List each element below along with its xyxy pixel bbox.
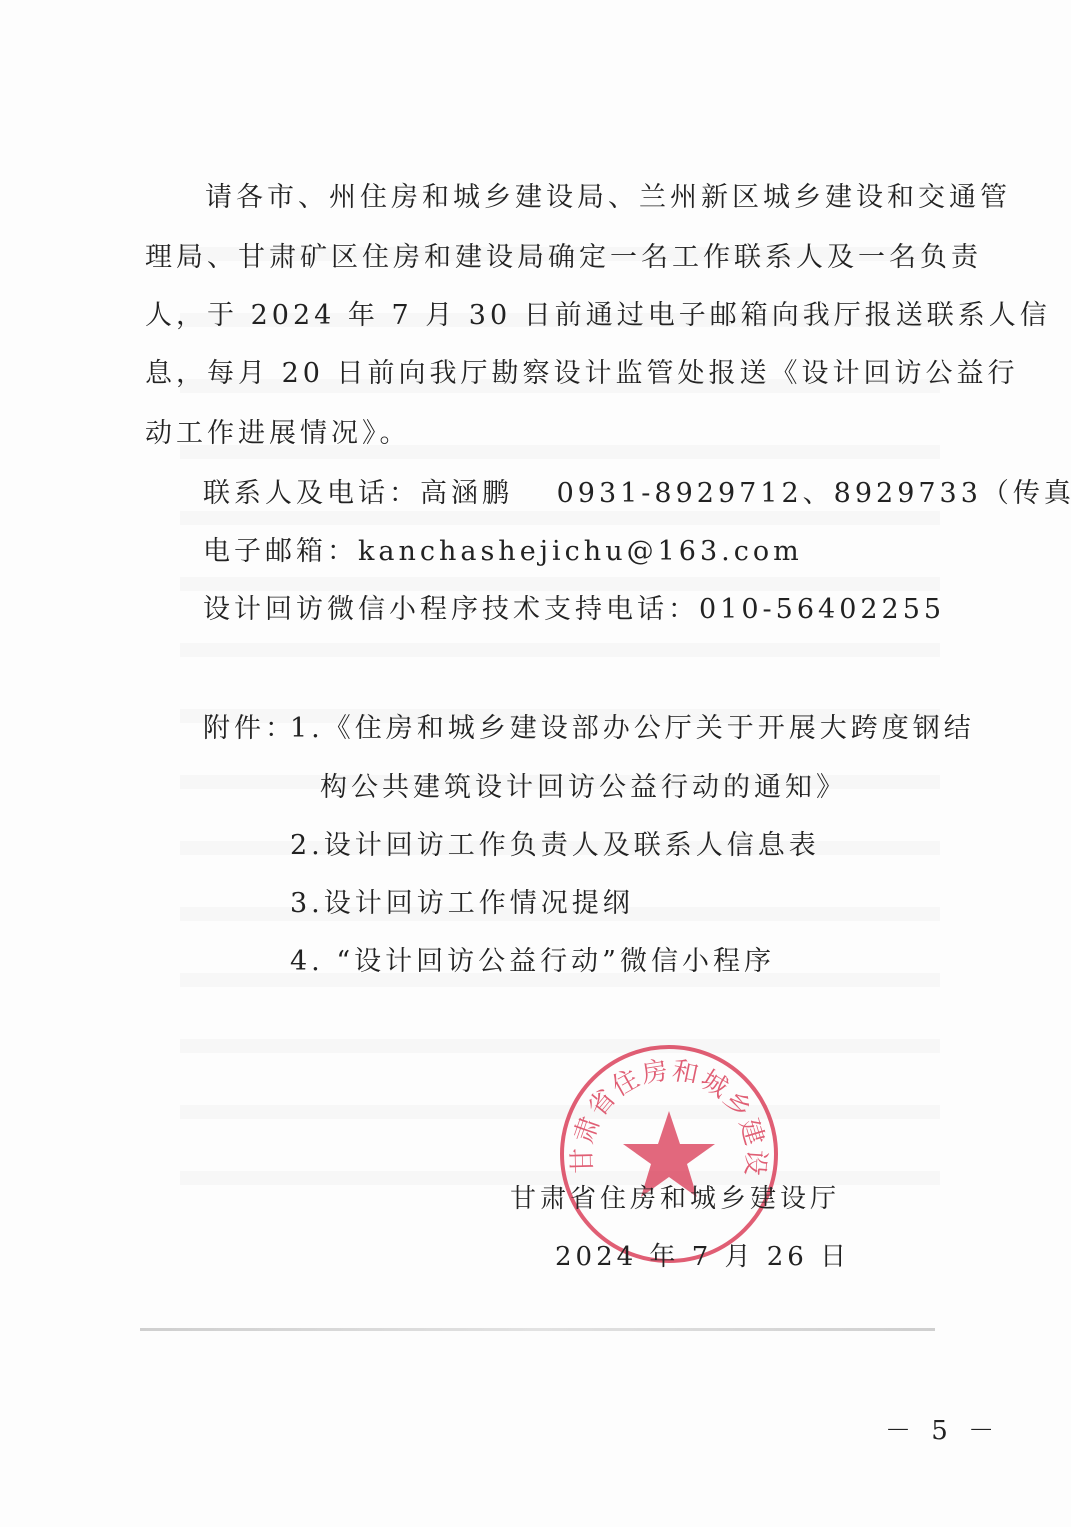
paragraph-line: 息，每月 20 日前向我厅勘察设计监管处报送《设计回访公益行	[145, 358, 1019, 390]
attachment-item: 构公共建筑设计回访公益行动的通知》	[320, 772, 847, 804]
document-page: 请各市、州住房和城乡建设局、兰州新区城乡建设和交通管 理局、甘肃矿区住房和建设局…	[0, 0, 1071, 1527]
paragraph-line: 请各市、州住房和城乡建设局、兰州新区城乡建设和交通管	[205, 182, 1011, 214]
footer-divider	[140, 1328, 935, 1331]
official-seal: 甘肃省住房和城乡建设厅	[560, 1045, 778, 1263]
email-line: 电子邮箱：kanchashejichu@163.com	[203, 536, 803, 568]
paragraph-line: 人，于 2024 年 7 月 30 日前通过电子邮箱向我厅报送联系人信	[145, 300, 1051, 332]
issue-date: 2024 年 7 月 26 日	[555, 1236, 850, 1273]
support-phone-line: 设计回访微信小程序技术支持电话：010-56402255	[203, 594, 945, 626]
contact-line: 联系人及电话：高涵鹏 0931-8929712、8929733（传真）	[203, 478, 1071, 510]
attachment-item: 1.《住房和城乡建设部办公厅关于开展大跨度钢结	[290, 713, 975, 745]
issuing-organization: 甘肃省住房和城乡建设厅	[510, 1178, 840, 1215]
attachment-item: 4. “设计回访公益行动”微信小程序	[290, 946, 775, 978]
page-number: － 5 －	[885, 1410, 1000, 1447]
paragraph-line: 理局、甘肃矿区住房和建设局确定一名工作联系人及一名负责	[145, 242, 982, 274]
seal-star-icon: 甘肃省住房和城乡建设厅	[564, 1049, 774, 1259]
attachment-item: 2.设计回访工作负责人及联系人信息表	[290, 830, 820, 862]
attachments-label: 附件：	[203, 713, 296, 745]
attachment-item: 3.设计回访工作情况提纲	[290, 888, 634, 920]
paragraph-line: 动工作进展情况》。	[145, 418, 411, 450]
